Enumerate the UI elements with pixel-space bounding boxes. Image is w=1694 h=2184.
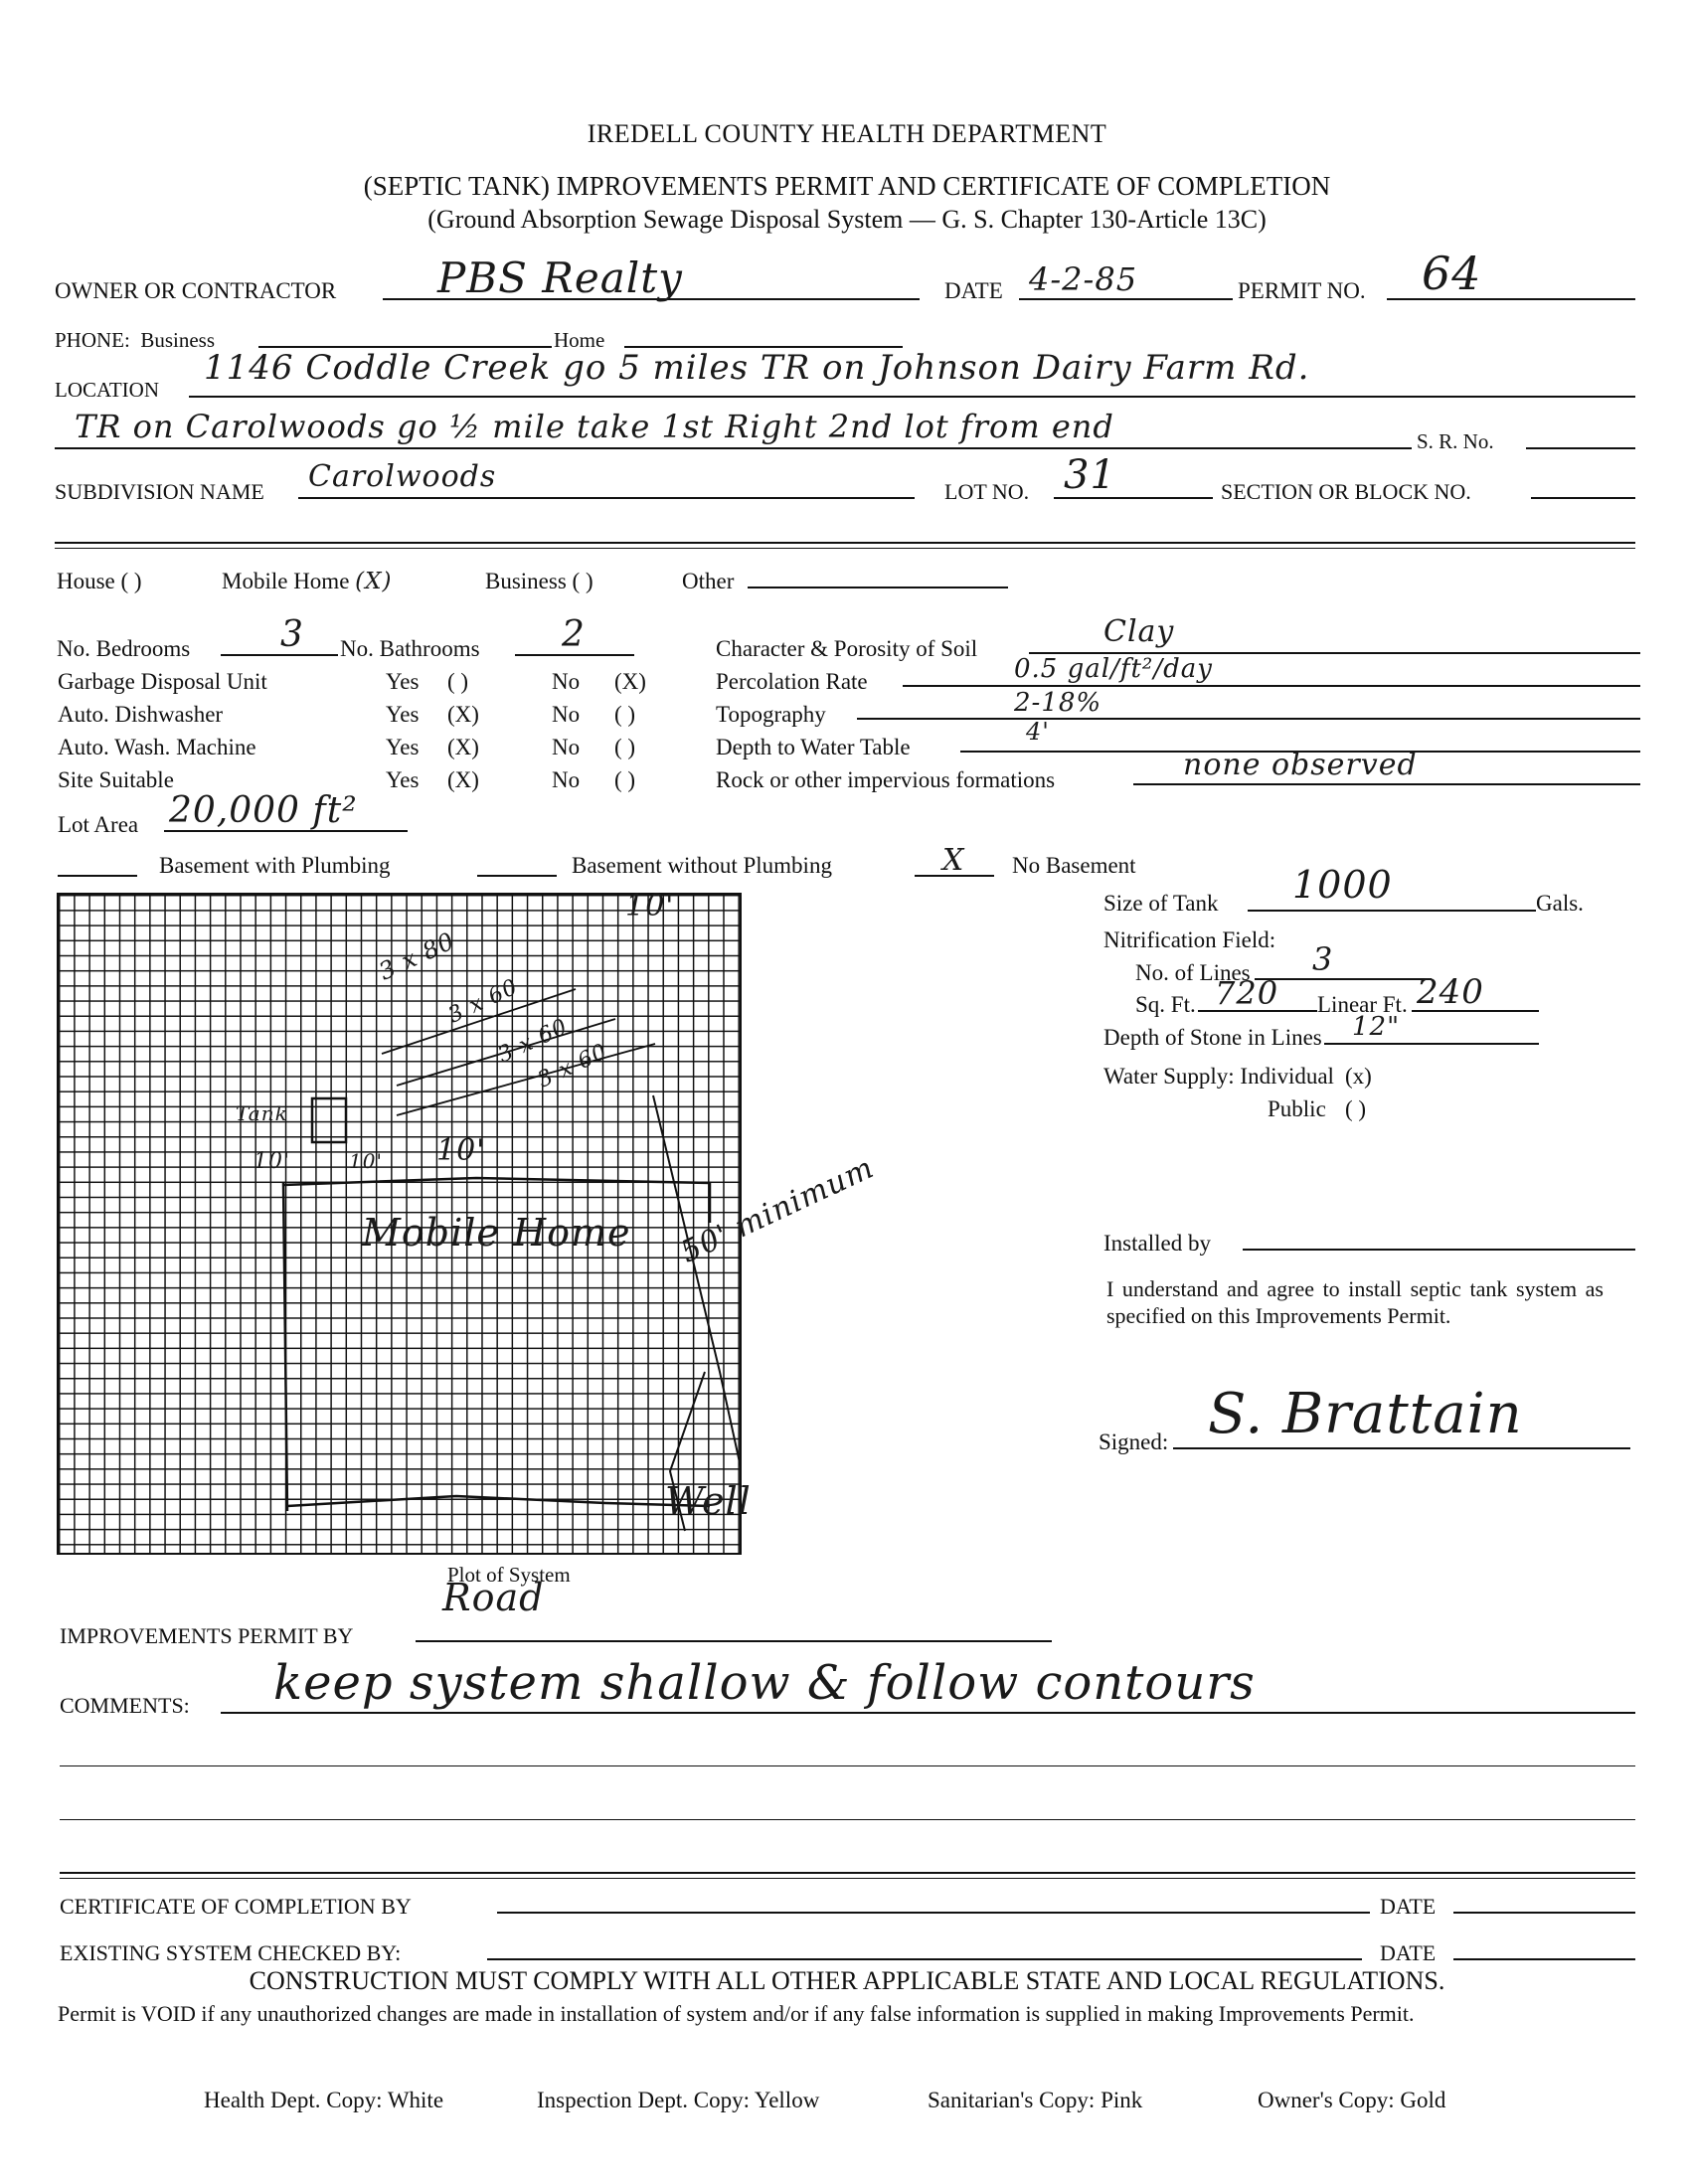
perc-rate-label: Percolation Rate — [716, 669, 868, 695]
plot-tank-dim: 10' — [254, 1149, 290, 1174]
divider — [55, 542, 1635, 544]
improvements-permit-by-field[interactable] — [416, 1640, 1052, 1642]
form-subtitle: (Ground Absorption Sewage Disposal Syste… — [0, 205, 1694, 235]
water-table-field[interactable]: 4' — [1026, 718, 1050, 746]
owner-field[interactable]: PBS Realty — [437, 253, 683, 302]
fixture-row-label: Auto. Wash. Machine — [58, 735, 256, 760]
basement-without-field[interactable] — [477, 875, 557, 877]
existing-date-field[interactable] — [1453, 1958, 1635, 1960]
date-line — [1019, 298, 1233, 300]
comments-line-1 — [221, 1712, 1635, 1714]
sr-no-label: S. R. No. — [1417, 429, 1494, 454]
linear-ft-field[interactable]: 240 — [1417, 972, 1484, 1012]
fixture-yes-label: Yes — [386, 735, 419, 760]
other-field[interactable] — [748, 587, 1008, 588]
subdivision-field[interactable]: Carolwoods — [308, 459, 496, 494]
date-field[interactable]: 4-2-85 — [1029, 260, 1137, 298]
no-of-lines-line — [1255, 978, 1432, 980]
permit-no-field[interactable]: 64 — [1422, 247, 1482, 300]
date-label: DATE — [944, 278, 1003, 304]
fixture-no-label: No — [552, 669, 580, 695]
lot-no-field[interactable]: 31 — [1064, 452, 1116, 498]
bedrooms-line — [221, 654, 338, 656]
bathrooms-field[interactable]: 2 — [562, 614, 586, 655]
topography-field[interactable]: 2-18% — [1014, 688, 1101, 718]
location-line-2 — [55, 447, 1412, 449]
rock-formations-label: Rock or other impervious formations — [716, 767, 1055, 793]
other-label: Other — [682, 569, 734, 594]
no-basement-mark[interactable]: X — [942, 843, 964, 878]
compliance-notice: CONSTRUCTION MUST COMPLY WITH ALL OTHER … — [0, 1966, 1694, 1996]
water-supply-individual-mark[interactable]: (x) — [1345, 1064, 1372, 1090]
tank-size-field[interactable]: 1000 — [1292, 863, 1393, 907]
form-title: (SEPTIC TANK) IMPROVEMENTS PERMIT AND CE… — [0, 171, 1694, 202]
plot-tank-label: Tank — [236, 1101, 288, 1125]
subdivision-label: SUBDIVISION NAME — [55, 479, 264, 505]
comments-line-3 — [60, 1819, 1635, 1820]
copy-distribution-white: Health Dept. Copy: White — [204, 2088, 443, 2113]
fixture-yes-checkbox[interactable]: ( ) — [447, 669, 468, 695]
divider — [60, 1878, 1635, 1879]
existing-system-label: EXISTING SYSTEM CHECKED BY: — [60, 1940, 401, 1966]
rock-formations-line — [1133, 783, 1640, 785]
install-agreement-text: I understand and agree to install septic… — [1106, 1275, 1604, 1329]
plot-grid: 10' 3 x 80 3 x 60 3 x 60 3 x 60 Tank 10'… — [57, 893, 742, 1555]
fixture-no-checkbox[interactable]: ( ) — [614, 702, 635, 728]
sq-ft-field[interactable]: 720 — [1215, 974, 1278, 1012]
cert-date-field[interactable] — [1453, 1912, 1635, 1914]
water-supply-label: Water Supply: Individual — [1103, 1064, 1334, 1090]
location-line-1 — [189, 396, 1635, 398]
location-label: LOCATION — [55, 378, 159, 403]
section-block-label: SECTION OR BLOCK NO. — [1221, 479, 1471, 505]
basement-with-field[interactable] — [58, 875, 137, 877]
owner-label: OWNER OR CONTRACTOR — [55, 278, 336, 304]
copy-distribution-gold: Owner's Copy: Gold — [1258, 2088, 1445, 2113]
water-supply-public-mark[interactable]: ( ) — [1345, 1096, 1366, 1122]
house-option[interactable]: House ( ) — [57, 569, 142, 594]
business-option[interactable]: Business ( ) — [485, 569, 593, 594]
bedrooms-field[interactable]: 3 — [280, 614, 304, 655]
signature-field[interactable]: S. Brattain — [1208, 1382, 1523, 1446]
stone-depth-field[interactable]: 12" — [1352, 1012, 1400, 1042]
no-of-lines-field[interactable]: 3 — [1312, 940, 1333, 978]
soil-character-field[interactable]: Clay — [1103, 614, 1174, 649]
fixture-no-label: No — [552, 702, 580, 728]
stone-depth-label: Depth of Stone in Lines — [1103, 1025, 1322, 1051]
fixture-no-checkbox[interactable]: ( ) — [614, 735, 635, 760]
copy-distribution-yellow: Inspection Dept. Copy: Yellow — [537, 2088, 819, 2113]
divider — [55, 548, 1635, 549]
stone-depth-line — [1324, 1043, 1539, 1045]
fixture-row-label: Garbage Disposal Unit — [58, 669, 267, 695]
plot-dim-left: 10' — [349, 1149, 383, 1173]
bedrooms-label: No. Bedrooms — [57, 636, 190, 662]
fixture-yes-checkbox[interactable]: (X) — [447, 702, 479, 728]
location-field-line1[interactable]: 1146 Coddle Creek go 5 miles TR on Johns… — [204, 348, 1309, 388]
subdivision-line — [298, 497, 915, 499]
fixture-yes-checkbox[interactable]: (X) — [447, 735, 479, 760]
perc-rate-field[interactable]: 0.5 gal/ft²/day — [1014, 654, 1213, 684]
void-notice: Permit is VOID if any unauthorized chang… — [58, 2000, 1469, 2027]
comments-line-2 — [60, 1765, 1635, 1766]
fixture-yes-checkbox[interactable]: (X) — [447, 767, 479, 793]
plot-well-label: Well — [665, 1479, 752, 1523]
sr-no-field[interactable] — [1526, 447, 1635, 449]
mobile-home-mark: (X) — [355, 569, 392, 594]
comments-field[interactable]: keep system shallow & follow contours — [273, 1655, 1256, 1711]
agency-title: IREDELL COUNTY HEALTH DEPARTMENT — [0, 119, 1694, 149]
location-field-line2[interactable]: TR on Carolwoods go ½ mile take 1st Righ… — [75, 408, 1114, 445]
fixture-no-checkbox[interactable]: (X) — [614, 669, 646, 695]
fixture-no-label: No — [552, 767, 580, 793]
topography-label: Topography — [716, 702, 826, 728]
basement-with-label: Basement with Plumbing — [159, 853, 391, 879]
soil-character-label: Character & Porosity of Soil — [716, 636, 977, 662]
installed-by-label: Installed by — [1103, 1231, 1211, 1257]
fixture-row-label: Auto. Dishwasher — [58, 702, 223, 728]
plot-house-label: Mobile Home — [362, 1211, 631, 1255]
cert-date-label: DATE — [1380, 1894, 1436, 1920]
installed-by-field[interactable] — [1243, 1249, 1635, 1251]
cert-completion-label: CERTIFICATE OF COMPLETION BY — [60, 1894, 412, 1920]
mobile-home-option[interactable]: Mobile Home (X) — [222, 569, 392, 594]
water-table-label: Depth to Water Table — [716, 735, 911, 760]
comments-label: COMMENTS: — [60, 1693, 190, 1719]
perc-rate-line — [903, 685, 1640, 687]
lot-area-field[interactable]: 20,000 ft² — [169, 790, 358, 831]
section-block-field[interactable] — [1531, 497, 1635, 499]
tank-size-line — [1248, 910, 1536, 912]
improvements-permit-by-label: IMPROVEMENTS PERMIT BY — [60, 1623, 353, 1649]
signed-label: Signed: — [1099, 1429, 1168, 1455]
fixture-no-checkbox[interactable]: ( ) — [614, 767, 635, 793]
fixture-yes-label: Yes — [386, 669, 419, 695]
phone-label: PHONE: Business — [55, 328, 215, 353]
fixture-yes-label: Yes — [386, 702, 419, 728]
copy-distribution-pink: Sanitarian's Copy: Pink — [928, 2088, 1142, 2113]
topography-line — [857, 718, 1640, 720]
rock-formations-field[interactable]: none observed — [1183, 748, 1418, 782]
tank-size-label: Size of Tank — [1103, 891, 1219, 917]
existing-system-field[interactable] — [487, 1958, 1362, 1960]
gals-label: Gals. — [1536, 891, 1584, 917]
plot-dim-top: 10' — [625, 889, 674, 924]
no-basement-label: No Basement — [1012, 853, 1136, 879]
basement-without-label: Basement without Plumbing — [572, 853, 832, 879]
lot-no-label: LOT NO. — [944, 479, 1029, 505]
fixture-yes-label: Yes — [386, 767, 419, 793]
bathrooms-label: No. Bathrooms — [340, 636, 480, 662]
lot-area-label: Lot Area — [58, 812, 138, 838]
plot-road-label: Road — [442, 1576, 544, 1619]
plot-dim-mid: 10' — [436, 1133, 485, 1168]
fixture-row-label: Site Suitable — [58, 767, 174, 793]
divider — [60, 1872, 1635, 1874]
sq-ft-label: Sq. Ft. — [1135, 992, 1196, 1018]
nitrification-label: Nitrification Field: — [1103, 927, 1275, 953]
fixture-no-label: No — [552, 735, 580, 760]
water-supply-public-label: Public — [1268, 1096, 1326, 1122]
cert-completion-field[interactable] — [497, 1912, 1370, 1914]
signature-line — [1173, 1447, 1630, 1449]
permit-no-label: PERMIT NO. — [1238, 278, 1366, 304]
existing-date-label: DATE — [1380, 1940, 1436, 1966]
